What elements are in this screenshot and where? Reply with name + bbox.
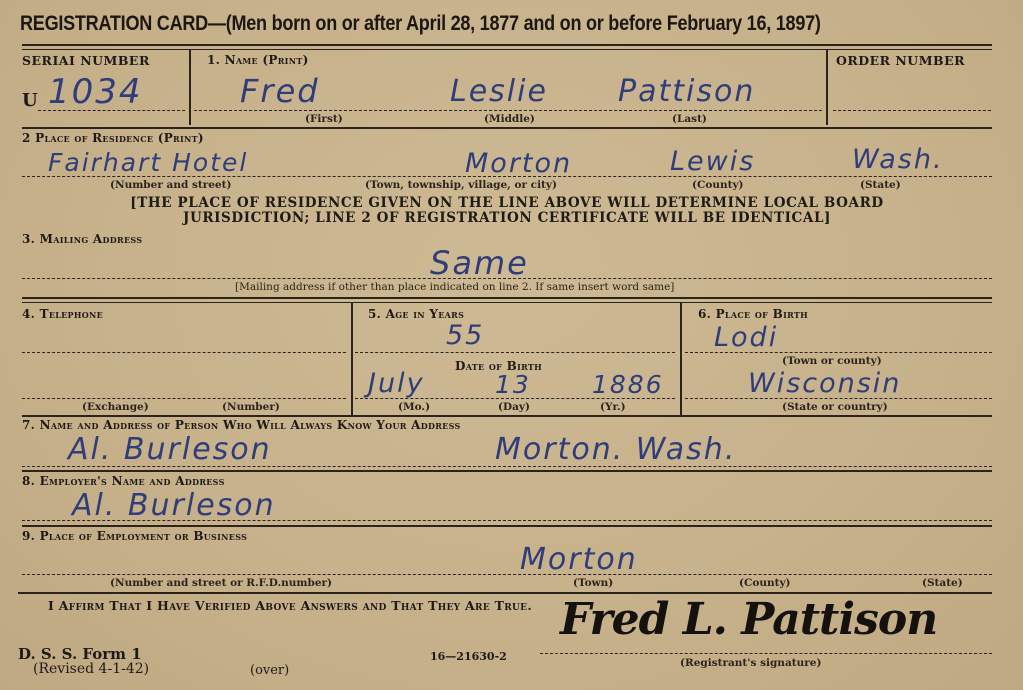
employer-label: 8. Employer's Name and Address [22, 474, 225, 488]
name-line [194, 110, 822, 111]
residence-town-value[interactable]: Morton [465, 148, 572, 179]
birth-town-value[interactable]: Lodi [714, 322, 778, 353]
signature-caption: (Registrant's signature) [680, 657, 821, 669]
notice-line-1: [THE PLACE OF RESIDENCE GIVEN ON THE LIN… [22, 196, 992, 211]
order-number-label: ORDER NUMBER [836, 53, 965, 68]
over-note: (over) [250, 663, 289, 678]
number-caption: (Number) [222, 401, 280, 413]
state-caption: (State) [860, 179, 901, 191]
mailing-address-label: 3. Mailing Address [22, 232, 142, 246]
employment-town-value[interactable]: Morton [520, 542, 638, 577]
employment-state-caption: (State) [922, 577, 963, 589]
row8-rule [22, 525, 992, 527]
last-caption: (Last) [672, 113, 707, 125]
residence-county-value[interactable]: Lewis [670, 146, 755, 177]
middle-caption: (Middle) [484, 113, 535, 125]
telephone-number-line[interactable] [22, 398, 346, 399]
top-rule [22, 44, 992, 46]
notice-line-2: JURISDICTION; LINE 2 OF REGISTRATION CER… [22, 211, 992, 226]
place-of-birth-label: 6. Place of Birth [698, 307, 808, 321]
middle-name-value[interactable]: Leslie [450, 74, 548, 109]
row7-rule [22, 470, 992, 472]
exchange-caption: (Exchange) [82, 401, 149, 413]
registration-card: REGISTRATION CARD—(Men born on or after … [0, 0, 1023, 690]
employment-county-caption: (County) [739, 577, 791, 589]
dob-day-value[interactable]: 13 [495, 370, 531, 399]
employment-town-caption: (Town) [573, 577, 613, 589]
telephone-divider [351, 303, 353, 415]
street-caption: (Number and street) [110, 179, 231, 191]
employer-name-value[interactable]: Al. Burleson [72, 488, 276, 523]
print-code: 16—21630-2 [430, 650, 507, 663]
age-value[interactable]: 55 [446, 320, 484, 351]
dob-year-value[interactable]: 1886 [592, 370, 664, 399]
residence-label: 2 Place of Residence (Print) [22, 131, 204, 145]
residence-street-value[interactable]: Fairhart Hotel [48, 148, 248, 177]
row4-rule [22, 415, 992, 417]
telephone-label: 4. Telephone [22, 307, 103, 321]
affirmation-text: I Affirm That I Have Verified Above Answ… [48, 598, 532, 613]
town-caption: (Town, township, village, or city) [365, 179, 557, 191]
row1-rule [22, 127, 992, 129]
serial-divider [189, 50, 191, 125]
registrant-signature[interactable]: Fred L. Pattison [560, 594, 937, 645]
birth-state-value[interactable]: Wisconsin [748, 368, 901, 399]
birth-state-caption: (State or country) [782, 401, 888, 413]
contact-person-label: 7. Name and Address of Person Who Will A… [22, 418, 461, 432]
order-divider [826, 50, 828, 125]
day-caption: (Day) [498, 401, 530, 413]
contact-name-value[interactable]: Al. Burleson [68, 432, 272, 467]
age-label: 5. Age in Years [368, 307, 464, 321]
mailing-caption: [Mailing address if other than place ind… [235, 281, 674, 293]
first-caption: (First) [305, 113, 343, 125]
row3-rule-thin [22, 302, 992, 303]
name-label: 1. Name (Print) [207, 53, 309, 67]
form-revised: (Revised 4-1-42) [33, 661, 149, 677]
age-line [355, 352, 675, 353]
telephone-exchange-line[interactable] [22, 352, 346, 353]
month-caption: (Mo.) [398, 401, 430, 413]
contact-address-value[interactable]: Morton. Wash. [495, 432, 736, 467]
jurisdiction-notice: [THE PLACE OF RESIDENCE GIVEN ON THE LIN… [22, 196, 992, 226]
birth-town-caption: (Town or county) [782, 355, 882, 367]
top-rule-thin [22, 49, 992, 50]
residence-state-value[interactable]: Wash. [852, 144, 944, 175]
row3-rule [22, 297, 992, 299]
county-caption: (County) [692, 179, 744, 191]
first-name-value[interactable]: Fred [240, 72, 320, 110]
employment-line [22, 574, 992, 575]
dob-month-value[interactable]: July [368, 368, 425, 399]
year-caption: (Yr.) [600, 401, 626, 413]
place-of-employment-label: 9. Place of Employment or Business [22, 529, 247, 543]
employment-street-caption: (Number and street or R.F.D.number) [110, 577, 332, 589]
last-name-value[interactable]: Pattison [618, 74, 755, 109]
mailing-address-value[interactable]: Same [430, 244, 529, 282]
serial-number-value[interactable]: 1034 [48, 72, 143, 112]
card-title: REGISTRATION CARD—(Men born on or after … [20, 12, 821, 36]
order-number-line[interactable] [833, 110, 991, 111]
signature-line [540, 653, 992, 654]
serial-prefix: U [22, 90, 38, 111]
serial-number-label: SERIAI NUMBER [22, 53, 150, 68]
age-divider [680, 303, 682, 415]
